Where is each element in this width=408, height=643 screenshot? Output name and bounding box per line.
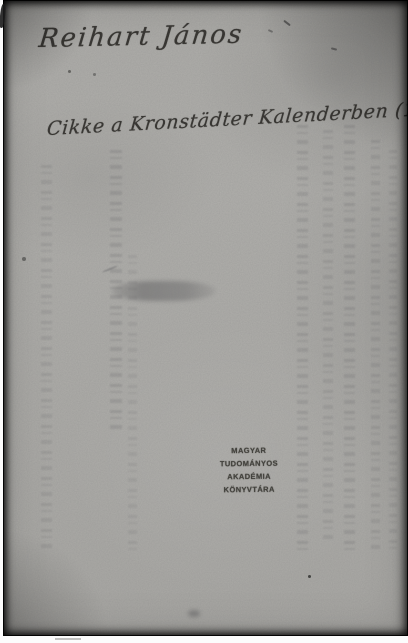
ink-smudge	[112, 281, 215, 301]
scanned-page-viewport: Reihart János Cikke a Kronstädter Kalend…	[0, 0, 408, 643]
ink-speck	[308, 575, 311, 578]
bleedthrough-column	[128, 255, 137, 555]
ink-speck	[22, 257, 26, 261]
ink-speck	[68, 70, 71, 73]
stamp-line-1: MAGYAR	[203, 444, 295, 458]
bleedthrough-column	[371, 140, 380, 550]
bleedthrough-column	[297, 125, 308, 555]
library-stamp: MAGYAR TUDOMÁNYOS AKADÉMIA KÖNYVTÁRA	[203, 444, 296, 497]
handwriting-line-1: Reihart János	[37, 20, 244, 54]
stamp-line-2: TUDOMÁNYOS AKADÉMIA	[203, 457, 295, 484]
bleedthrough-column	[389, 150, 397, 555]
bleedthrough-column	[323, 130, 333, 545]
scanned-page: Reihart János Cikke a Kronstädter Kalend…	[3, 0, 408, 636]
bleedthrough-column	[344, 125, 355, 555]
ink-smudge	[188, 610, 200, 617]
scan-edge-mark	[55, 638, 81, 640]
ink-speck	[93, 73, 96, 76]
bleedthrough-column	[41, 165, 52, 555]
stamp-line-3: KÖNYVTÁRA	[203, 483, 295, 497]
